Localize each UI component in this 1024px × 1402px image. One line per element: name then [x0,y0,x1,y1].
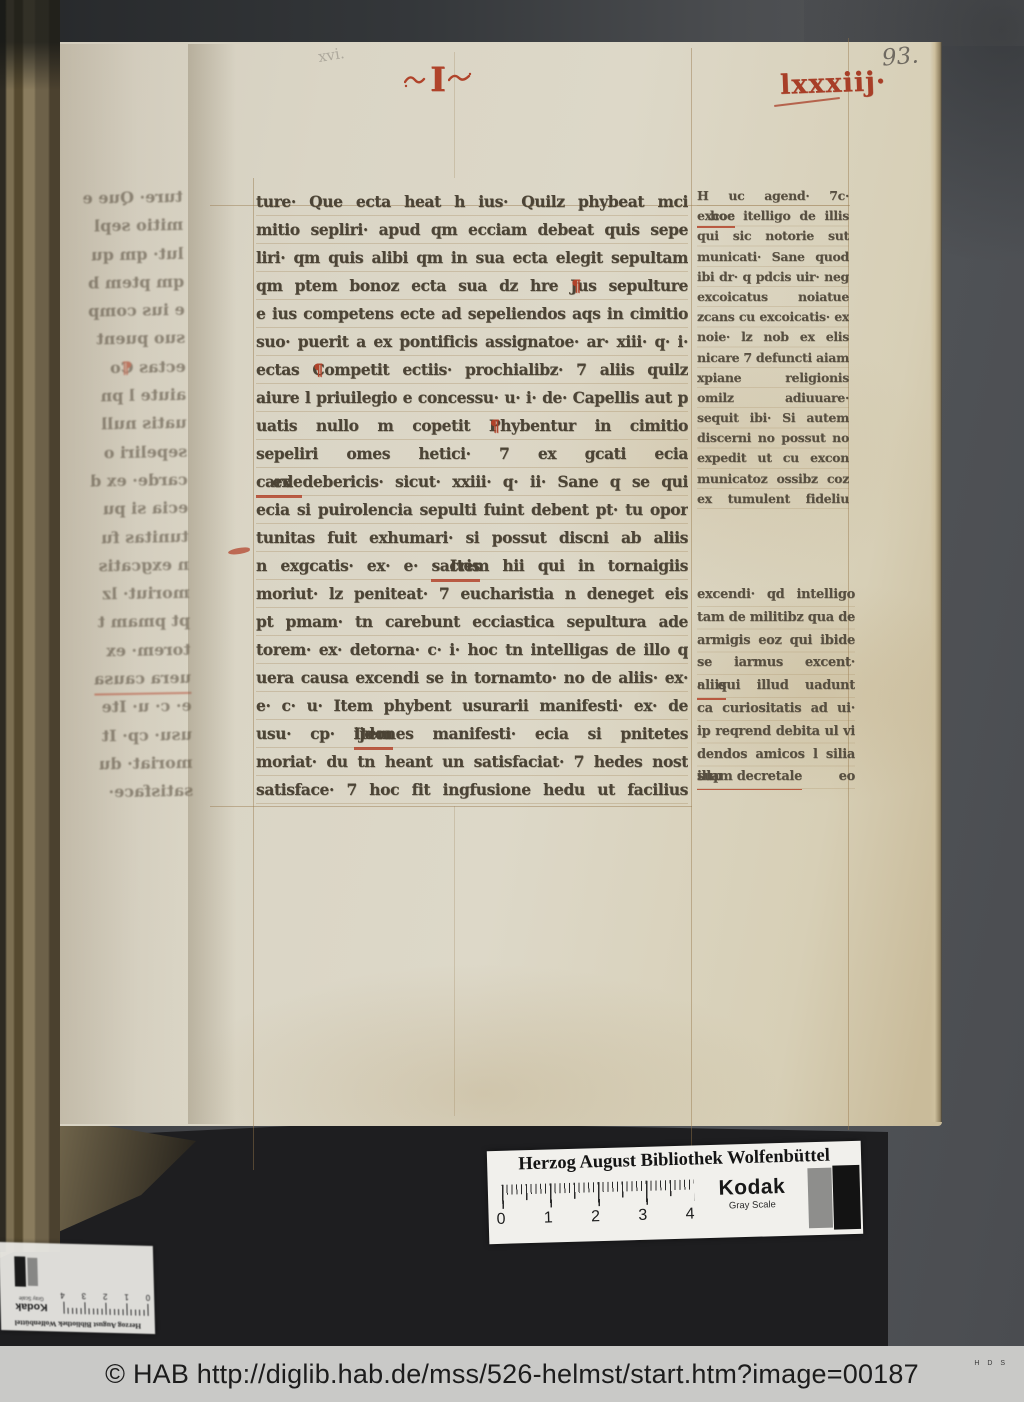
ghost-text-line: lut· qm qu [56,240,184,271]
ruler-number: 0 [146,1293,151,1302]
gray-patch [807,1168,833,1229]
ornament-right-flourish [448,70,472,90]
manuscript-text-line: moriat· du tn heant un satisfaciat· 7 he… [256,748,688,776]
manuscript-text-line: carde· ex debericis· sicut· xxiii· q· ii… [256,468,688,496]
gloss-text-line: ex tumulent fideliu [697,489,849,509]
ghost-text-line: ture· Que e [55,183,183,214]
gloss-text-line: qui sic notorie sut exco [697,226,849,246]
ruler-number: 2 [591,1208,600,1226]
kodak-brand-label: Kodak [704,1175,801,1202]
gloss-text-line: ca curiositatis ad ui· ul [697,698,855,721]
gloss-text-line: xpiane religionis modis [697,368,849,388]
ruler-ticks [502,1179,695,1208]
gloss-text-line: municatoz ossibz coz [697,469,849,489]
gloss-text-line: omilz adiuuare· Sacris [697,388,849,408]
page-right-edge [930,42,942,1122]
ghost-text-line: satisface· [65,777,193,808]
folio-number-pencil: 93. [881,42,920,71]
gloss-text-line: zcans cu excoicatis· ex [697,307,849,327]
gloss-text-line: illam decretale sup eo [697,766,855,789]
library-name-label: Herzog August Bibliothek Wolfenbüttel [495,1145,853,1176]
gloss-column-upper: H uc agend· 7c· mioriexcoe· hoc itelligo… [697,186,849,510]
manuscript-text-line: uatis nullo m copetit ¶ Phybentur in cim… [256,412,688,440]
manuscript-text-line: ecia si puirolencia sepulti fuint debent… [256,496,688,524]
gloss-text-line: H uc agend· 7c· miori [697,186,849,206]
ghost-text-line: sepeliri o [59,438,187,469]
manuscript-text-line: uera causa excendi se in tornamto· no de… [256,664,688,692]
ruler-number: 4 [685,1205,694,1223]
manuscript-text-line: moriut· lz peniteat· 7 eucharistia n den… [256,580,688,608]
manuscript-text-line: usu· cp· Item ijdones manifesti· ecia si… [256,720,688,748]
ruling-left-vertical [253,178,254,1170]
gloss-text-line: aliis· qui illud uadunt [697,675,855,698]
ghost-text-line: mitio sepl [55,211,183,242]
ornament-left-flourish [404,70,428,90]
gloss-text-line: tam de militibz qua de [697,607,855,630]
manuscript-text-line: ectas ¶ Competit ectiis· prochialibz· 7 … [256,356,688,384]
library-name-label-mirrored: Herzog August Bibliothek Wolfenbüttel [4,1318,152,1331]
book-fore-edge [0,0,60,1252]
ruler-number: 4 [60,1291,65,1300]
gloss-text-line: noie· lz nob ex elis omu [697,327,849,347]
ghost-text-line: e· c· u· Ite [63,692,191,723]
corner-mark: H D S [974,1360,1008,1367]
folio-number-ink: lxxxiij· [779,66,886,101]
manuscript-text-line: qm ptem bonoz ecta sua dz hre ¶ Jus sepu… [256,272,688,300]
gloss-text-line: municati· Sane quod [697,247,849,267]
gloss-text-line: excendi· qd intelligo [697,584,855,607]
ghost-text-line: uera causa [63,664,191,695]
black-patch-mirrored [14,1256,26,1286]
gloss-text-line: excoicatus noiatue neg [697,287,849,307]
manuscript-text-line: ture· Que ecta heat h ius· Quilz phybeat… [256,188,688,216]
digitized-manuscript-photo: ture· Que emitio sepllut· qm quqm ptem b… [0,0,1024,1402]
manuscript-text-line: pt pmam· tn carebunt ecciastica sepultur… [256,608,688,636]
ghost-text-line: pt pmam t [62,607,190,638]
manuscript-text-line: suo· puerit a ex pontificis assignatoe· … [256,328,688,356]
ghost-text-line: torem· ex [62,636,190,667]
kodak-brand-label-mirrored: Kodak [4,1300,58,1313]
manuscript-text-line: liri· qm quis alibi qm in sua ecta elegi… [256,244,688,272]
gloss-text-line: se iarmus excent· De [697,652,855,675]
ruler-number: 1 [544,1209,553,1227]
ruler-numbers-mirrored: 01234 [60,1291,150,1302]
gloss-text-line: nicare 7 defuncti aiam [697,348,849,368]
ghost-text-line: moriut· lz [61,579,189,610]
black-patch [832,1165,861,1230]
manuscript-text-line: sepeliri omes hetici· 7 ex gcati ecia im… [256,440,688,468]
ghost-text-line: qm ptem b [56,268,184,299]
gloss-text-line: dendos amicos l silia [697,744,855,767]
ghost-text-line: moriat· du [64,749,192,780]
gloss-text-line: sequit ibi· Si autem [697,408,849,428]
ghost-text-line: ectas ¶ Co [57,353,185,384]
kodak-card-mirrored: Herzog August Bibliothek Wolfenbüttel 01… [0,1242,155,1334]
ghost-text-line: e ius comp [57,296,185,327]
ghost-text-line: carde· ex d [59,466,187,497]
manuscript-text-line: torem· ex· detorna· c· i· hoc tn intelli… [256,636,688,664]
gloss-text-line: discerni no possut no [697,428,849,448]
gray-patch-mirrored [27,1258,38,1286]
manuscript-text-line: aiure l priuilegio e concessu· u· i· de·… [256,384,688,412]
gloss-text-line: ip reqrend debita ul vi [697,721,855,744]
ghost-text-line: tunitas fu [60,522,188,553]
manuscript-text-line: e· c· u· Item phybent usurarii manifesti… [256,692,688,720]
ruler-number: 1 [124,1292,129,1301]
manuscript-text-line: tunitas fuit exhumari· si possut discni … [256,524,688,552]
gloss-text-line: expedit ut cu excon [697,448,849,468]
ghost-text-line: aiute l pn [58,381,186,412]
facing-page-ghost-text: ture· Que emitio sepllut· qm quqm ptem b… [55,183,194,813]
manuscript-text-line: e ius competens ecte ad sepeliendos aqs … [256,300,688,328]
gloss-text-line: armigis eoz qui ibide [697,630,855,653]
ruling-column-divider [691,48,692,1160]
ghost-text-line: uatis null [58,409,186,440]
ghost-text-line: n exgcatis [61,551,189,582]
ruler-number: 0 [496,1211,505,1229]
ruler-numbers: 01234 [496,1205,694,1229]
gutter-shadow [188,44,236,1124]
ghost-text-line: usu· cp· It [64,720,192,751]
ruler-number: 2 [103,1292,108,1301]
ghost-text-line: suo puent [57,324,185,355]
manuscript-text-line: n exgcatis· ex· e· sacris· Item hii qui … [256,552,688,580]
gray-scale-label: Gray Scale [704,1199,800,1213]
credit-footer: © HAB http://diglib.hab.de/mss/526-helms… [0,1346,1024,1402]
manuscript-text-line: mitio sepliri· apud qm ecciam debeat qui… [256,216,688,244]
ruler-number: 3 [638,1207,647,1225]
credit-text: © HAB http://diglib.hab.de/mss/526-helms… [105,1359,919,1390]
ruler-ticks-mirrored [62,1302,148,1316]
gloss-text-line: excoe· hoc itelligo de illis [697,206,849,226]
ruler-number: 3 [81,1291,86,1300]
book-number-ornament: I [404,58,480,102]
main-text-column: ture· Que ecta heat h ius· Quilz phybeat… [256,188,688,808]
gloss-column-lower: excendi· qd intelligotam de militibz qua… [697,584,855,790]
gloss-text-line: ibi dr· q pdcis uir· neg [697,267,849,287]
kodak-gray-scale-card: Herzog August Bibliothek Wolfenbüttel 01… [487,1141,863,1244]
book-number: I [430,61,446,99]
page-crease-bottom [454,806,455,1116]
manuscript-text-line: satisface· 7 hoc fit ingfusione hedu ut … [256,776,688,804]
ghost-text-line: ecia si pu [60,494,188,525]
